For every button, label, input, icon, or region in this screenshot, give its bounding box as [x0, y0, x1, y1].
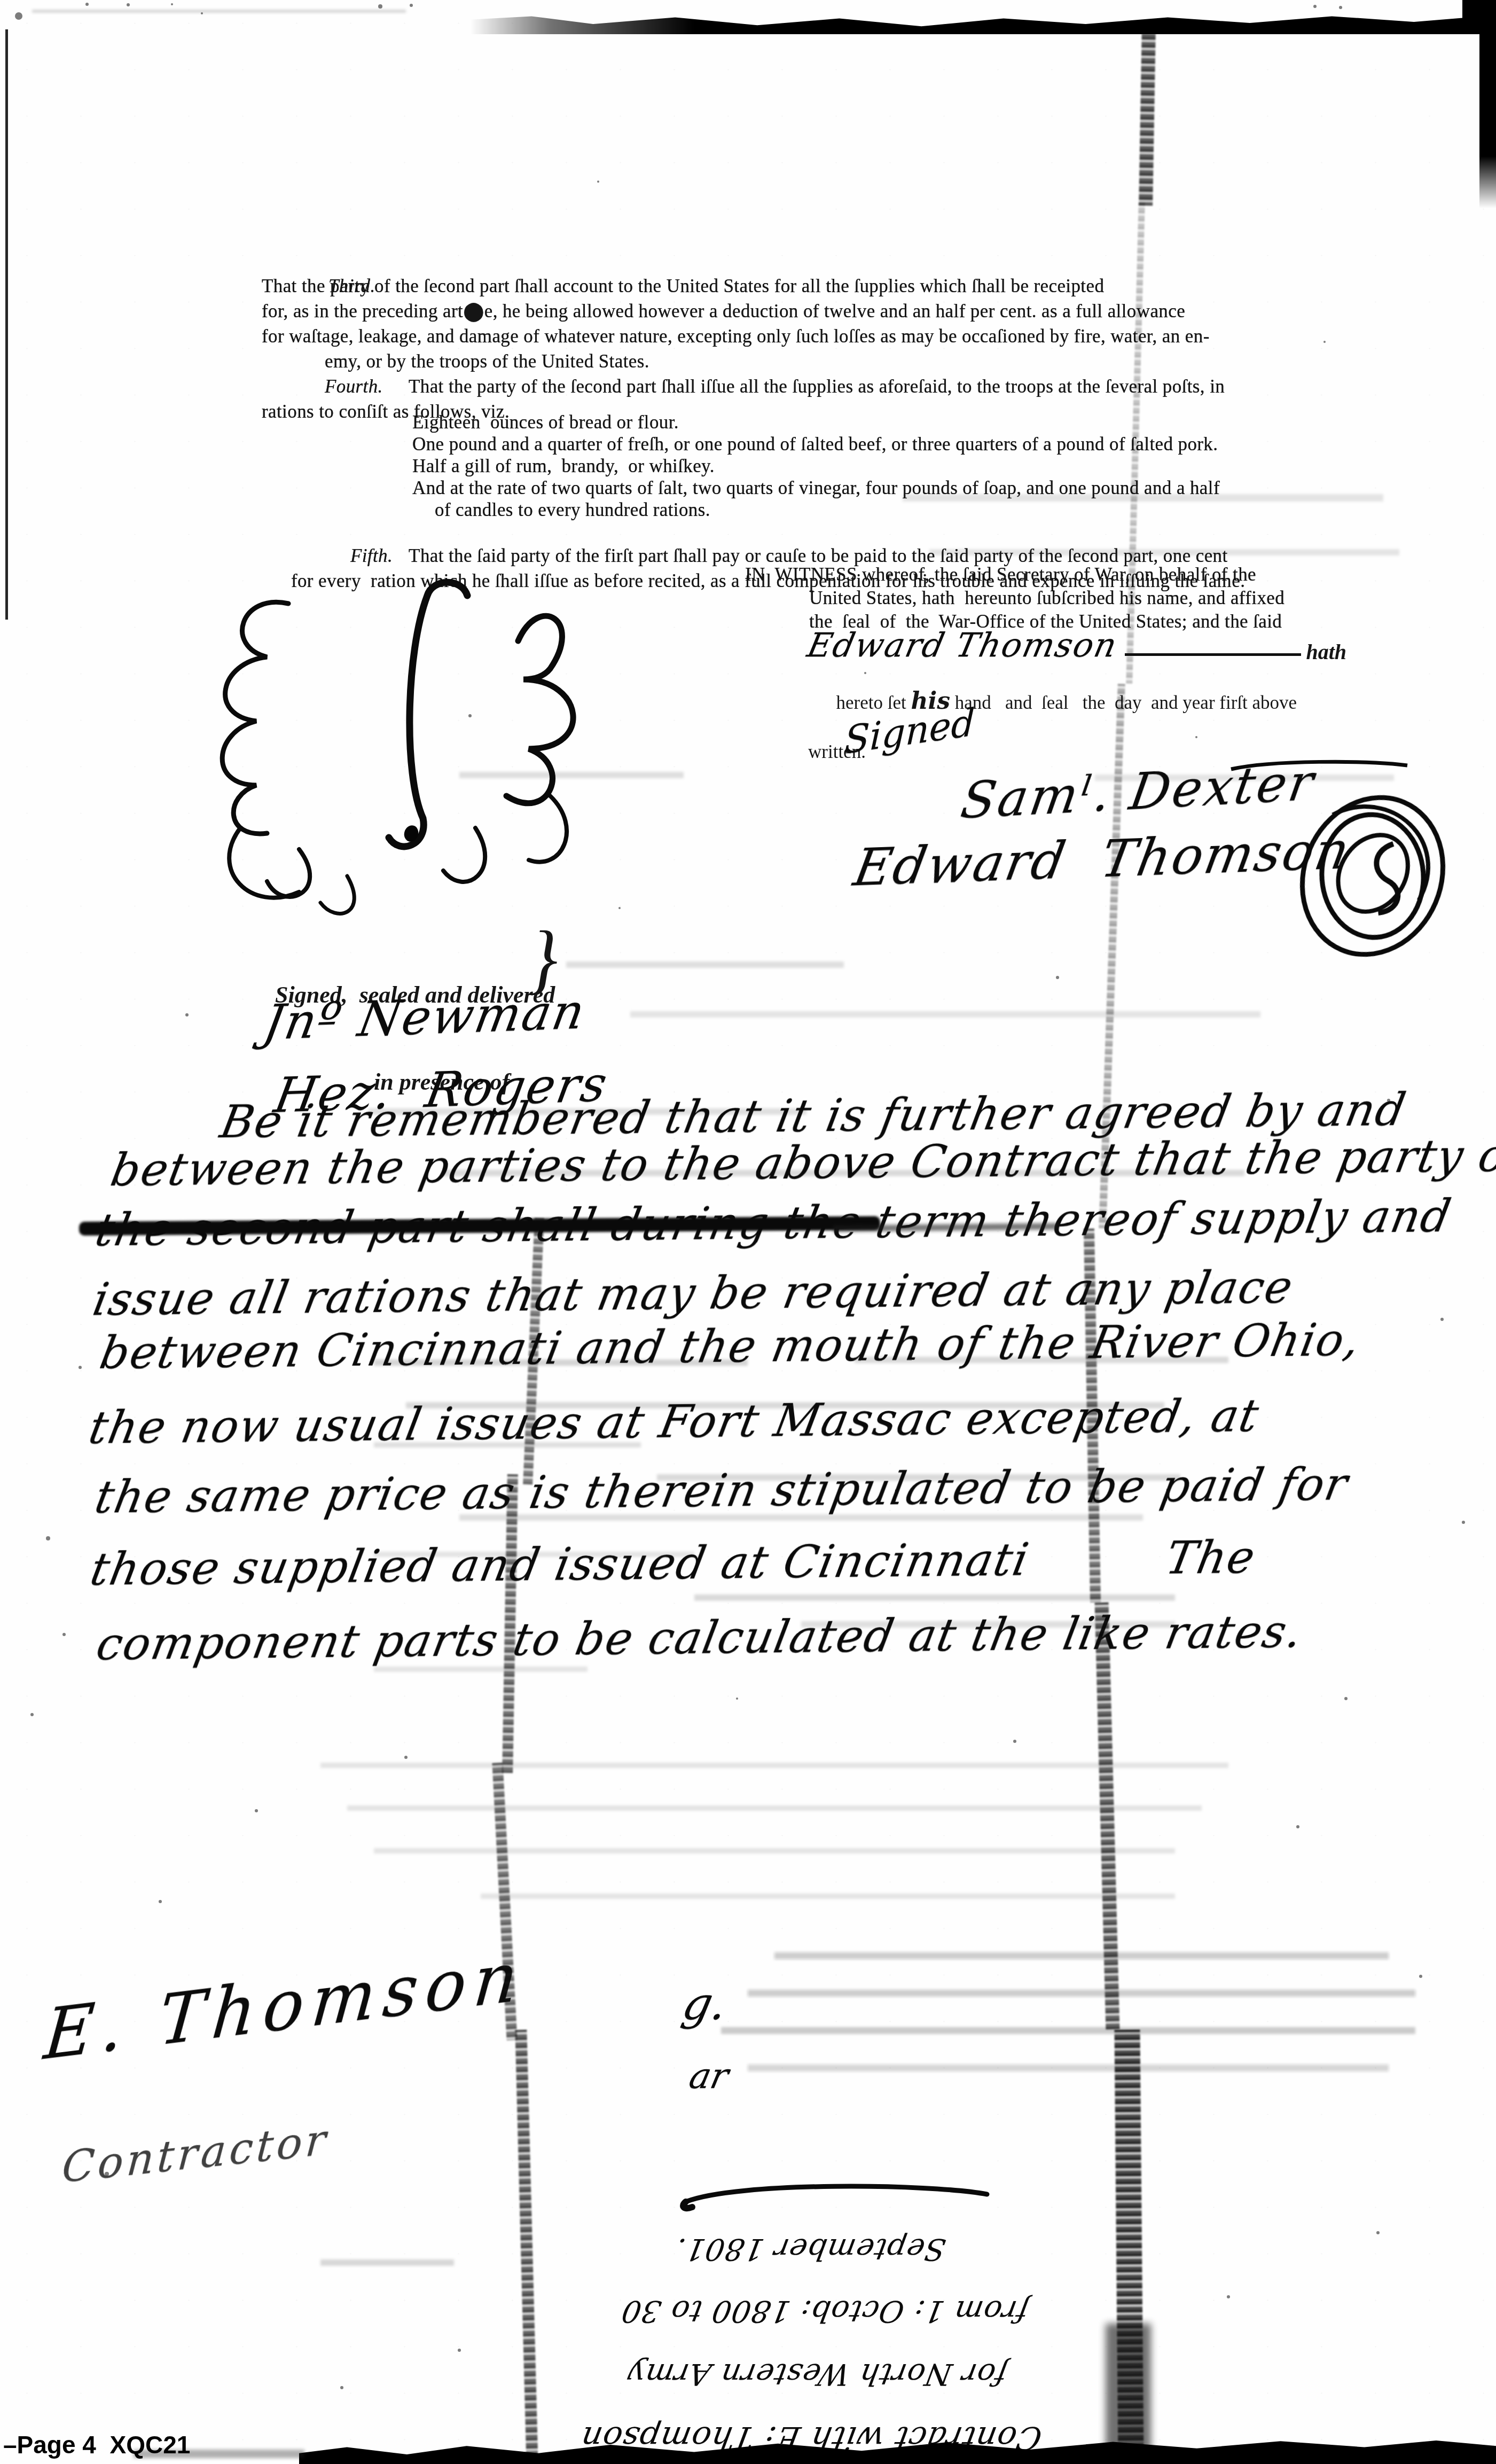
page-label: –Page 4 XQC21: [3, 2430, 190, 2459]
scanned-contract-page: That the party of the ſecond part ſhall …: [0, 0, 1496, 2464]
scan-corner: [1462, 0, 1496, 33]
scan-left-edge-line: [5, 29, 8, 620]
